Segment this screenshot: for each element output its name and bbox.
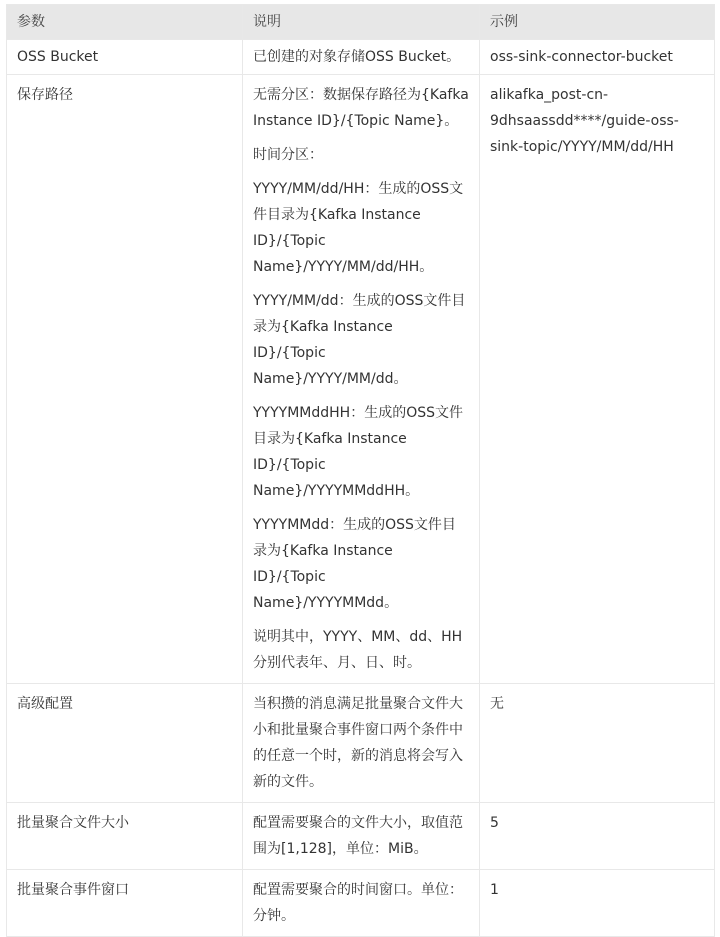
description-text: YYYY/MM/dd：生成的OSS文件目录为{Kafka Instance ID… [253,288,469,392]
parameter-table: 参数 说明 示例 OSS Bucket 已创建的对象存储OSS Bucket。 … [6,4,715,805]
param-cell: 高级配置 [7,684,243,803]
example-cell: oss-sink-connector-bucket [480,40,715,75]
table-row: 高级配置 当积攒的消息满足批量聚合文件大小和批量聚合事件窗口两个条件中的任意一个… [7,684,715,803]
description-note: 说明其中，YYYY、MM、dd、HH分别代表年、月、日、时。 [253,624,469,676]
description-text: 时间分区： [253,142,469,168]
header-description: 说明 [243,5,480,40]
description-text: YYYYMMddHH：生成的OSS文件目录为{Kafka Instance ID… [253,400,469,504]
example-cell: 无 [480,684,715,803]
param-cell: 保存路径 [7,75,243,684]
header-example: 示例 [480,5,715,40]
header-param: 参数 [7,5,243,40]
table-row: OSS Bucket 已创建的对象存储OSS Bucket。 oss-sink-… [7,40,715,75]
table-row: 保存路径 无需分区：数据保存路径为{Kafka Instance ID}/{To… [7,75,715,684]
description-cell: 无需分区：数据保存路径为{Kafka Instance ID}/{Topic N… [243,75,480,684]
parameter-table-container: 参数 说明 示例 OSS Bucket 已创建的对象存储OSS Bucket。 … [6,4,714,805]
description-text: 已创建的对象存储OSS Bucket。 [253,44,469,70]
description-text: 无需分区：数据保存路径为{Kafka Instance ID}/{Topic N… [253,82,469,134]
description-cell: 当积攒的消息满足批量聚合文件大小和批量聚合事件窗口两个条件中的任意一个时，新的消… [243,684,480,803]
description-cell: 已创建的对象存储OSS Bucket。 [243,40,480,75]
description-text: 当积攒的消息满足批量聚合文件大小和批量聚合事件窗口两个条件中的任意一个时，新的消… [253,691,469,795]
table-header-row: 参数 说明 示例 [7,5,715,40]
example-cell: alikafka_post-cn-9dhsaassdd****/guide-os… [480,75,715,684]
description-text: YYYYMMdd：生成的OSS文件目录为{Kafka Instance ID}/… [253,512,469,616]
description-text: YYYY/MM/dd/HH：生成的OSS文件目录为{Kafka Instance… [253,176,469,280]
param-cell: OSS Bucket [7,40,243,75]
